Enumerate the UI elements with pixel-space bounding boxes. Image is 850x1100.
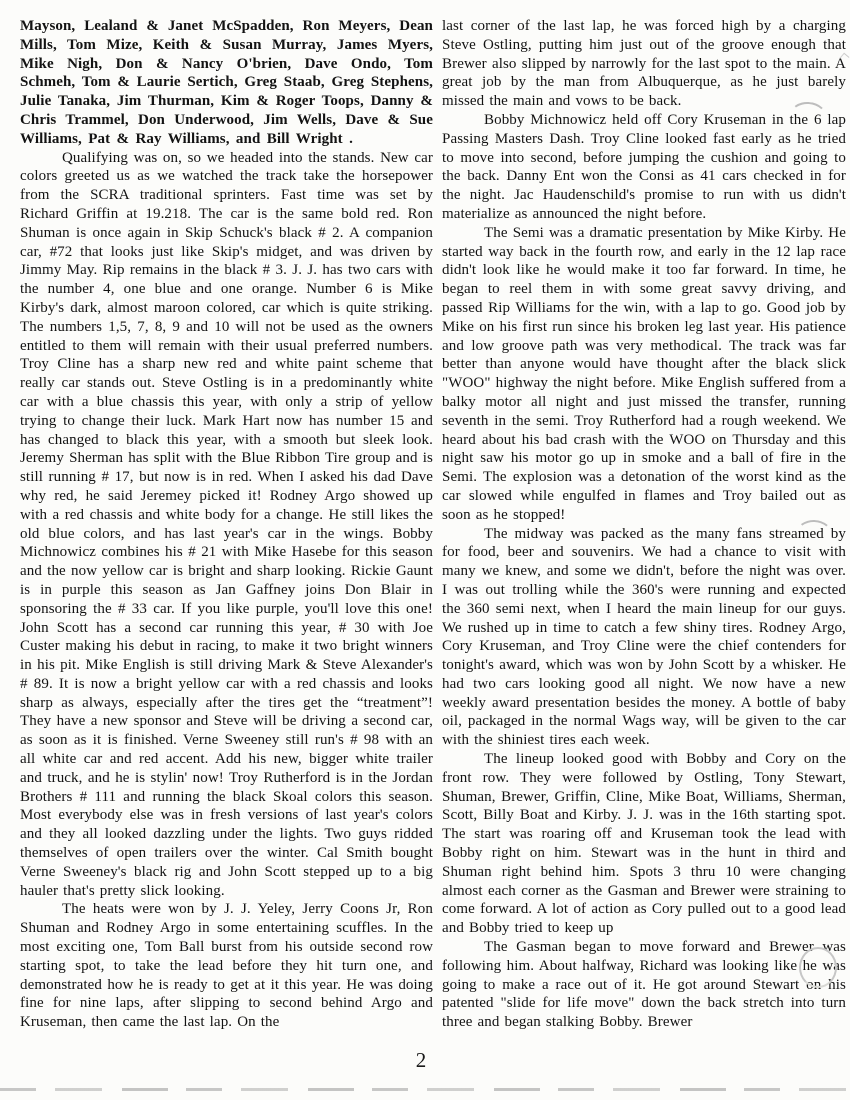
left-column: Mayson, Lealand & Janet McSpadden, Ron M… xyxy=(20,17,433,1032)
heat-races-paragraph: The heats were won by J. J. Yeley, Jerry… xyxy=(20,900,433,1032)
qualifying-report-paragraph: Qualifying was on, so we headed into the… xyxy=(20,149,433,901)
semi-race-paragraph: The Semi was a dramatic presentation by … xyxy=(442,224,846,525)
page-number: 2 xyxy=(0,1048,842,1072)
punch-hole-scan-artifact-bottom xyxy=(799,947,837,988)
gasman-paragraph: The Gasman began to move forward and Bre… xyxy=(442,938,846,1032)
main-event-lineup-paragraph: The lineup looked good with Bobby and Co… xyxy=(442,750,846,938)
attendee-names-list: Mayson, Lealand & Janet McSpadden, Ron M… xyxy=(20,17,433,149)
right-column: last corner of the last lap, he was forc… xyxy=(442,17,846,1032)
midway-paragraph: The midway was packed as the many fans s… xyxy=(442,525,846,751)
scan-edge-line-artifact xyxy=(0,1088,850,1091)
two-column-text-layout: Mayson, Lealand & Janet McSpadden, Ron M… xyxy=(20,17,846,1032)
dash-and-consi-paragraph: Bobby Michnowicz held off Cory Kruseman … xyxy=(442,111,846,224)
heat-races-continuation-paragraph: last corner of the last lap, he was forc… xyxy=(442,17,846,111)
scanned-newsletter-page: Mayson, Lealand & Janet McSpadden, Ron M… xyxy=(0,0,850,1100)
